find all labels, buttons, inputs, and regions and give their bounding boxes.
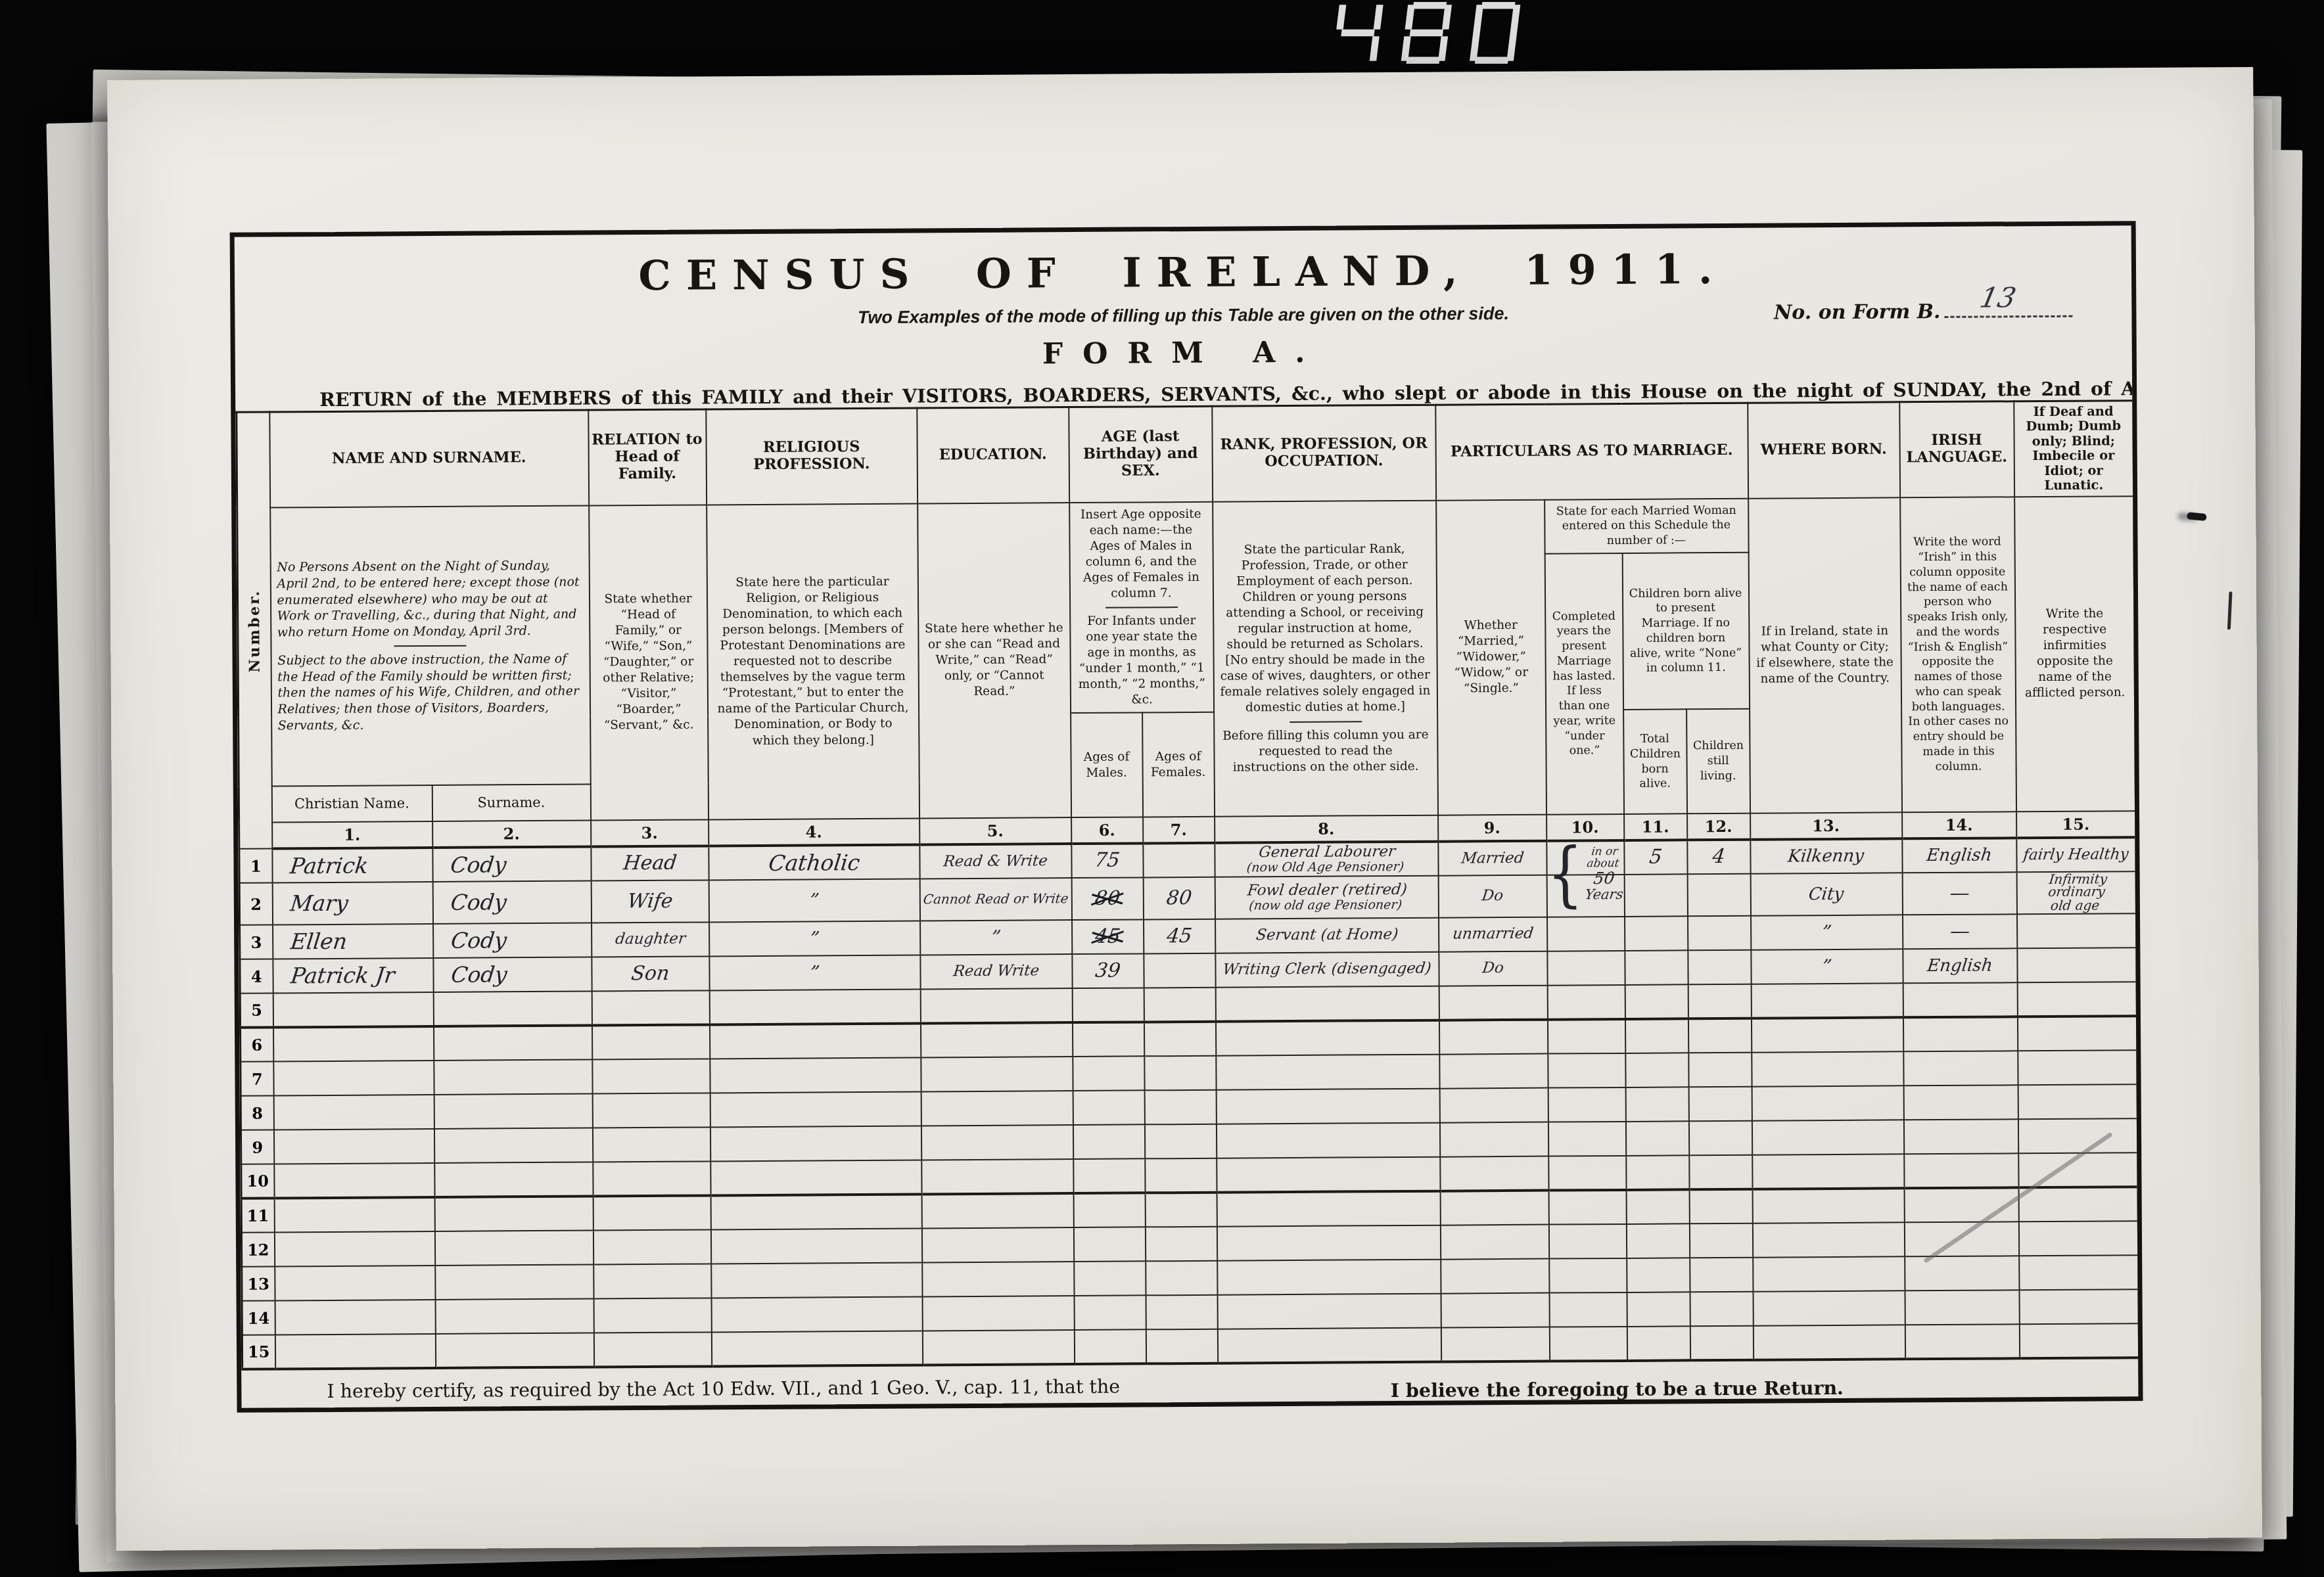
- cell-religion-ditto: ”: [808, 930, 820, 948]
- cell-marriage: Do: [1481, 889, 1504, 903]
- cell-occupation: General Labourer(now Old Age Pensioner): [1246, 845, 1406, 873]
- row-number: 10: [241, 1164, 274, 1199]
- head-declaration: I believe the foregoing to be a true Ret…: [1174, 1365, 2139, 1413]
- row-number: 9: [241, 1130, 273, 1164]
- row-number: 6: [241, 1028, 273, 1062]
- cell-surname: Cody: [449, 854, 507, 875]
- cell-religion-ditto: ”: [809, 964, 820, 982]
- cell-religion-ditto: ”: [808, 892, 820, 909]
- col-irish-title: IRISH LANGUAGE.: [1899, 401, 2014, 497]
- colnum-14: 14.: [1902, 811, 2016, 838]
- cell-relation: Wife: [626, 892, 674, 911]
- religion-instructions: State here the particular Religion, or R…: [707, 503, 919, 820]
- col-relation-title: RELATION to Head of Family.: [588, 409, 707, 505]
- cell-age-male: 39: [1094, 961, 1122, 980]
- occupation-instr-2: [No entry should be made in the case of …: [1220, 652, 1431, 716]
- cell-occupation: Servant (at Home): [1255, 928, 1399, 943]
- marriage-children-born: Children born alive to present Marriage.…: [1622, 553, 1749, 710]
- colnum-11: 11.: [1624, 813, 1687, 840]
- form-footer: I hereby certify, as required by the Act…: [241, 1365, 2139, 1413]
- cell-surname: Cody: [450, 930, 508, 951]
- divider-rule: [1290, 721, 1362, 723]
- marriage-total-header: Total Children born alive.: [1623, 709, 1687, 814]
- marriage-completed: Completed years the present Marriage has…: [1545, 553, 1623, 815]
- cell-age-male-struck: 45: [1094, 927, 1121, 946]
- cell-education-ditto: ”: [990, 929, 1001, 947]
- form-b-label: No. on Form B.: [1774, 300, 1941, 325]
- christian-name-header: Christian Name.: [271, 785, 432, 822]
- colnum-3: 3.: [591, 820, 709, 847]
- colnum-5: 5.: [919, 817, 1071, 844]
- colnum-13: 13.: [1750, 812, 1902, 839]
- education-instructions: State here whether he or she can “Read a…: [918, 503, 1071, 819]
- cell-whereborn-ditto: ”: [1821, 958, 1832, 976]
- cell-whereborn-ditto: ”: [1821, 924, 1832, 942]
- colnum-7: 7.: [1143, 817, 1215, 844]
- marriage-living-header: Children still living.: [1686, 709, 1750, 814]
- cell-surname: Cody: [450, 892, 508, 913]
- irish-instructions: Write the word “Irish” in this column op…: [1900, 497, 2016, 813]
- believe-text: I believe the foregoing to be a true Ret…: [1096, 1375, 2138, 1404]
- cell-children-living: 4: [1711, 848, 1726, 867]
- col-whereborn-title: WHERE BORN.: [1748, 402, 1900, 498]
- brace-glyph: {: [1547, 839, 1583, 910]
- cell-education: Cannot Read or Write: [922, 892, 1069, 905]
- colnum-15: 15.: [2016, 811, 2136, 838]
- occupation-instr-3: Before filling this column you are reque…: [1220, 727, 1431, 775]
- whereborn-instructions: If in Ireland, state in what County or C…: [1748, 497, 1902, 813]
- number-label: Number.: [246, 589, 264, 672]
- row-number: 1: [239, 849, 272, 883]
- colnum-6: 6.: [1071, 817, 1143, 844]
- age-instr-1: Insert Age opposite each name:—the Ages …: [1076, 506, 1207, 601]
- cell-religion: Catholic: [767, 852, 861, 873]
- marriage-years-entry: { in or about50Years: [1547, 839, 1624, 909]
- printed-form-frame: CENSUS OF IRELAND, 1911. Two Examples of…: [230, 221, 2143, 1413]
- col-marriage-title: PARTICULARS AS TO MARRIAGE.: [1435, 403, 1748, 500]
- infirmity-instructions: Write the respective infirmities opposit…: [2014, 496, 2136, 812]
- row-number: 3: [240, 925, 273, 959]
- row-number: 11: [241, 1199, 274, 1233]
- row-number: 15: [242, 1335, 275, 1369]
- cell-occupation: Fowl dealer (retired)(now old age Pensio…: [1245, 883, 1408, 911]
- col-religion-title: RELIGIOUS PROFESSION.: [706, 408, 918, 505]
- enumerator-certification: I hereby certify, as required by the Act…: [241, 1371, 1175, 1413]
- row-number: 8: [241, 1096, 273, 1130]
- cell-marriage: unmarried: [1451, 927, 1533, 942]
- col-age-title: AGE (last Birthday) and SEX.: [1069, 406, 1213, 502]
- marriage-whether: Whether “Married,” “Widower,” “Widow,” o…: [1436, 499, 1546, 815]
- ink-stroke: [2227, 591, 2233, 629]
- cell-children-born: 5: [1648, 848, 1663, 867]
- name-instr-1: No Persons Absent on the Night of Sunday…: [277, 558, 583, 641]
- form-b-number: No. on Form B.13: [1774, 300, 2073, 325]
- cell-whereborn: Kilkenny: [1787, 848, 1865, 865]
- form-header: CENSUS OF IRELAND, 1911. Two Examples of…: [235, 225, 2133, 411]
- frame-counter-digits: [1318, 1, 1535, 64]
- age-males-header: Ages of Males.: [1071, 712, 1143, 817]
- cell-age-female: 80: [1165, 889, 1193, 908]
- cell-age-male: 75: [1094, 852, 1121, 871]
- cell-christian: Patrick Jr: [289, 965, 396, 986]
- cell-irish: —: [1949, 884, 1970, 903]
- cell-education: Read Write: [952, 965, 1040, 980]
- cell-marriage: Do: [1481, 961, 1504, 976]
- cell-christian: Mary: [289, 893, 350, 914]
- form-title: CENSUS OF IRELAND, 1911.: [235, 242, 2131, 302]
- row-number: 2: [239, 883, 272, 925]
- surname-header: Surname.: [432, 785, 590, 821]
- col-infirmity-title: If Deaf and Dumb; Dumb only; Blind; Imbe…: [2014, 401, 2134, 497]
- age-females-header: Ages of Females.: [1142, 712, 1215, 817]
- cell-relation: daughter: [615, 932, 686, 948]
- colnum-12: 12.: [1687, 813, 1750, 840]
- form-b-value-handwritten: 13: [1977, 281, 2019, 313]
- age-instr-2: For Infants under one year state the age…: [1077, 613, 1207, 708]
- name-instructions: No Persons Absent on the Night of Sunday…: [270, 505, 591, 787]
- census-form-page: CENSUS OF IRELAND, 1911. Two Examples of…: [107, 67, 2262, 1551]
- name-instr-2: Subject to the above instruction, the Na…: [277, 651, 584, 733]
- cell-infirmity: Infirmity ordinaryold age: [2016, 873, 2137, 912]
- cell-irish: —: [1949, 923, 1970, 942]
- cell-age-male-struck: 80: [1094, 889, 1121, 908]
- cell-relation: Son: [630, 965, 670, 984]
- cell-irish: English: [1926, 957, 1993, 974]
- scan-background: CENSUS OF IRELAND, 1911. Two Examples of…: [0, 0, 2324, 1577]
- form-b-line: 13: [1944, 315, 2072, 318]
- form-a-label: FORM A.: [235, 331, 2132, 376]
- colnum-4: 4.: [709, 819, 919, 846]
- cell-age-female: 45: [1165, 927, 1193, 946]
- cell-relation: Head: [622, 854, 677, 873]
- row-number: 14: [242, 1301, 275, 1335]
- col-occupation-title: RANK, PROFESSION, OR OCCUPATION.: [1212, 405, 1436, 501]
- row-number: 5: [240, 994, 273, 1028]
- col-number-header: Number.: [237, 412, 272, 849]
- row-number: 12: [241, 1233, 274, 1267]
- cell-christian: Patrick: [289, 856, 369, 877]
- cell-infirmity: fairly Healthy: [2022, 848, 2129, 863]
- census-table: Number. NAME AND SURNAME. RELATION to He…: [235, 400, 2140, 1371]
- row-number: 13: [242, 1267, 275, 1301]
- col-education-title: EDUCATION.: [917, 407, 1069, 503]
- divider-rule: [1105, 606, 1178, 608]
- cell-surname: Cody: [450, 965, 508, 986]
- cell-whereborn: City: [1808, 886, 1845, 903]
- cell-christian: Ellen: [289, 931, 348, 952]
- col-name-title: NAME AND SURNAME.: [269, 410, 589, 507]
- occupation-instr-1: State the particular Rank, Profession, T…: [1219, 541, 1430, 653]
- certify-text: I hereby certify, as required by the Act…: [299, 1371, 1175, 1413]
- cell-irish: English: [1926, 848, 1993, 864]
- cell-education: Read & Write: [942, 854, 1048, 869]
- row-number: 7: [241, 1062, 273, 1096]
- colnum-9: 9.: [1438, 815, 1546, 842]
- marriage-state-for: State for each Married Woman entered on …: [1545, 498, 1748, 553]
- age-instructions: Insert Age opposite each name:—the Ages …: [1069, 501, 1214, 713]
- relation-instructions: State whether “Head of Family,” or “Wife…: [589, 505, 709, 821]
- cell-marriage: Married: [1460, 852, 1525, 866]
- ink-blot: [2187, 512, 2207, 521]
- colnum-8: 8.: [1215, 815, 1438, 843]
- colnum-1: 1.: [272, 821, 432, 848]
- row-number: 4: [240, 959, 273, 994]
- colnum-2: 2.: [432, 821, 591, 848]
- cell-occupation: Writing Clerk (disengaged): [1222, 962, 1432, 978]
- occupation-instructions: State the particular Rank, Profession, T…: [1213, 500, 1438, 817]
- divider-rule: [394, 645, 466, 647]
